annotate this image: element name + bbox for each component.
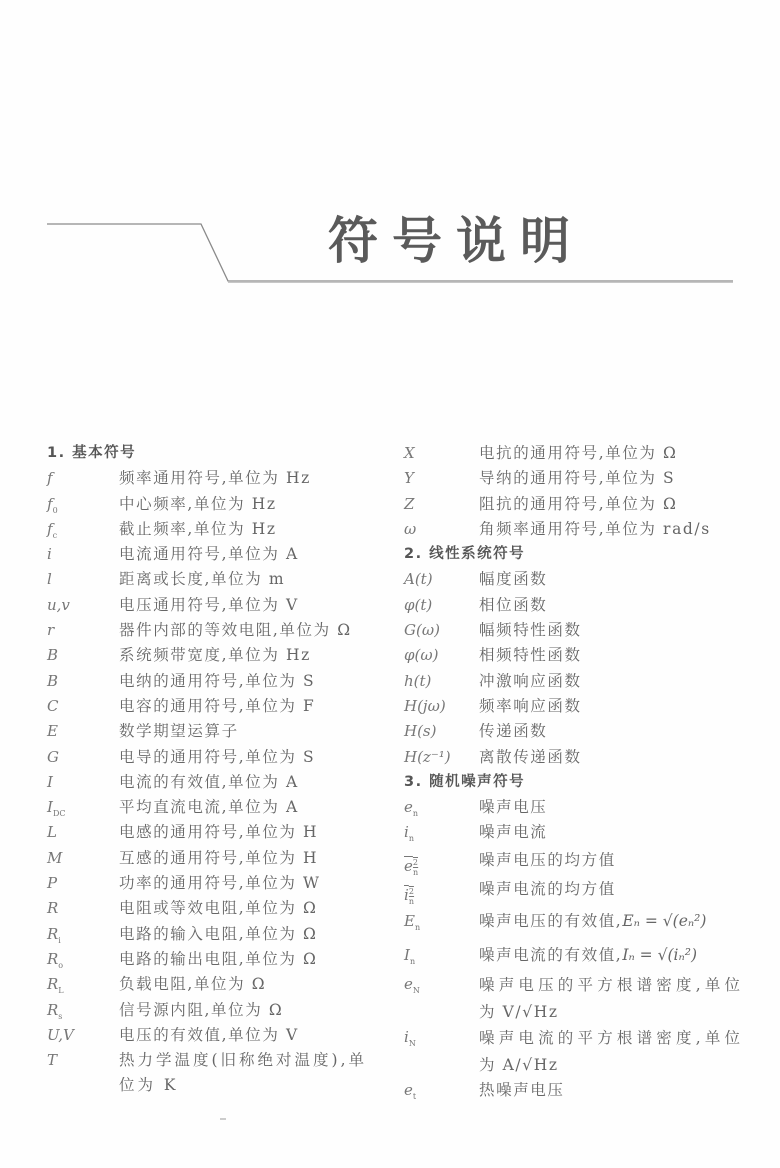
symbol-description: 电导的通用符号,单位为 S <box>119 745 389 770</box>
symbol: G <box>47 745 59 770</box>
symbol-row: H(jω) 频率响应函数 <box>404 694 744 719</box>
symbol-description: 冲激响应函数 <box>479 669 749 694</box>
symbol: φ(t) <box>404 593 432 618</box>
symbol-row: iN 噪声电流的平方根谱密度,单位 为 A/√Hz <box>404 1025 744 1078</box>
symbol-row: B 系统频带宽度,单位为 Hz <box>47 643 387 668</box>
symbol-row: RL 负载电阻,单位为 Ω <box>47 972 387 997</box>
symbol-description: 电阻或等效电阻,单位为 Ω <box>119 896 389 921</box>
symbol: et <box>404 1078 416 1109</box>
symbol-description: 阻抗的通用符号,单位为 Ω <box>479 492 749 517</box>
symbol-description: 导纳的通用符号,单位为 S <box>479 466 749 491</box>
symbol-row: f 频率通用符号,单位为 Hz <box>47 466 387 491</box>
symbol: l <box>47 567 52 592</box>
symbol-description: 热噪声电压 <box>479 1078 749 1103</box>
symbol-description: 噪声电流 <box>479 820 749 845</box>
symbol-row: f0 中心频率,单位为 Hz <box>47 492 387 517</box>
section-heading-linear-system-symbols: 2. 线性系统符号 <box>404 542 744 567</box>
symbol: eN <box>404 972 420 1003</box>
symbol-description: 相频特性函数 <box>479 643 749 668</box>
symbol-row: In 噪声电流的有效值,Iₙ = √(iₙ²) <box>404 938 744 972</box>
symbol-row: fc 截止频率,单位为 Hz <box>47 517 387 542</box>
symbol-description: 器件内部的等效电阻,单位为 Ω <box>119 618 389 643</box>
symbol: H(z⁻¹) <box>404 745 451 770</box>
symbol-row: Rs 信号源内阻,单位为 Ω <box>47 998 387 1023</box>
section-heading-random-noise-symbols: 3. 随机噪声符号 <box>404 770 744 795</box>
symbol-description: 相位函数 <box>479 593 749 618</box>
symbol-row: en 噪声电压 <box>404 795 744 820</box>
symbol: E <box>47 719 58 744</box>
symbol: φ(ω) <box>404 643 438 668</box>
symbol-description: 数学期望运算子 <box>119 719 389 744</box>
symbol-description: 距离或长度,单位为 m <box>119 567 389 592</box>
symbol-description: 噪声电压的有效值,Eₙ = √(eₙ²) <box>479 904 749 938</box>
symbol-description: 噪声电压 <box>479 795 749 820</box>
symbol-description: 频率响应函数 <box>479 694 749 719</box>
symbol-row: H(z⁻¹) 离散传递函数 <box>404 745 744 770</box>
symbol: A(t) <box>404 567 433 592</box>
symbol-row: φ(ω) 相频特性函数 <box>404 643 744 668</box>
symbol: X <box>404 441 415 466</box>
page-title: 符号说明 <box>328 208 584 274</box>
symbol-row: φ(t) 相位函数 <box>404 593 744 618</box>
symbol-description: 传递函数 <box>479 719 749 744</box>
symbol-description: 电感的通用符号,单位为 H <box>119 820 389 845</box>
symbol-row: G 电导的通用符号,单位为 S <box>47 745 387 770</box>
symbol-description: 电路的输入电阻,单位为 Ω <box>119 922 389 947</box>
symbol-description: 负载电阻,单位为 Ω <box>119 972 389 997</box>
symbol-description: 噪声电流的平方根谱密度,单位 为 A/√Hz <box>479 1025 749 1079</box>
symbol-row: Y 导纳的通用符号,单位为 S <box>404 466 744 491</box>
symbol: G(ω) <box>404 618 440 643</box>
symbol-description: 电压通用符号,单位为 V <box>119 593 389 618</box>
symbol: T <box>47 1048 57 1073</box>
symbol-description: 电压的有效值,单位为 V <box>119 1023 389 1048</box>
symbol-row: u,v 电压通用符号,单位为 V <box>47 593 387 618</box>
symbol-description: 电纳的通用符号,单位为 S <box>119 669 389 694</box>
symbol-description: 幅频特性函数 <box>479 618 749 643</box>
symbol-row: l 距离或长度,单位为 m <box>47 567 387 592</box>
symbol: L <box>47 820 57 845</box>
symbol-description: 互感的通用符号,单位为 H <box>119 846 389 871</box>
symbol-row: et 热噪声电压 <box>404 1078 744 1103</box>
symbol-row: Z 阻抗的通用符号,单位为 Ω <box>404 492 744 517</box>
symbol: ω <box>404 517 416 542</box>
symbol: H(jω) <box>404 694 446 719</box>
symbol-description: 噪声电压的均方值 <box>479 846 749 875</box>
symbol-row: i 电流通用符号,单位为 A <box>47 542 387 567</box>
symbol: I <box>47 770 53 795</box>
symbol-description: 电流通用符号,单位为 A <box>119 542 389 567</box>
symbol-row: G(ω) 幅频特性函数 <box>404 618 744 643</box>
symbol-row: in 噪声电流 <box>404 820 744 845</box>
symbol-description: 角频率通用符号,单位为 rad/s <box>479 517 749 542</box>
rms-formula: Iₙ = √(iₙ²) <box>622 946 697 964</box>
right-column: X 电抗的通用符号,单位为 Ω Y 导纳的通用符号,单位为 S Z 阻抗的通用符… <box>404 441 744 1103</box>
symbol-row: e2n 噪声电压的均方值 <box>404 846 744 875</box>
symbol-description: 电流的有效值,单位为 A <box>119 770 389 795</box>
symbol-description: 噪声电流的均方值 <box>479 875 749 904</box>
symbol: P <box>47 871 57 896</box>
symbol: Y <box>404 466 414 491</box>
section-heading-basic-symbols: 1. 基本符号 <box>47 441 387 466</box>
symbol-row: B 电纳的通用符号,单位为 S <box>47 669 387 694</box>
symbol-row: ω 角频率通用符号,单位为 rad/s <box>404 517 744 542</box>
symbol-description: 电路的输出电阻,单位为 Ω <box>119 947 389 972</box>
symbol-description: 幅度函数 <box>479 567 749 592</box>
symbol: U,V <box>47 1023 74 1048</box>
symbol-description: 功率的通用符号,单位为 W <box>119 871 389 896</box>
symbol-row: h(t) 冲激响应函数 <box>404 669 744 694</box>
symbol-row: eN 噪声电压的平方根谱密度,单位 为 V/√Hz <box>404 972 744 1025</box>
symbol-row: C 电容的通用符号,单位为 F <box>47 694 387 719</box>
symbol: C <box>47 694 58 719</box>
symbol-row: R 电阻或等效电阻,单位为 Ω <box>47 896 387 921</box>
symbol-description: 频率通用符号,单位为 Hz <box>119 466 389 491</box>
symbol-description: 信号源内阻,单位为 Ω <box>119 998 389 1023</box>
symbol-row: IDC 平均直流电流,单位为 A <box>47 795 387 820</box>
symbol-row: M 互感的通用符号,单位为 H <box>47 846 387 871</box>
symbol-row: En 噪声电压的有效值,Eₙ = √(eₙ²) <box>404 904 744 938</box>
left-column: 1. 基本符号 f 频率通用符号,单位为 Hz f0 中心频率,单位为 Hz f… <box>47 441 387 1099</box>
rms-formula: Eₙ = √(eₙ²) <box>622 912 706 930</box>
scan-smudge <box>220 1118 226 1120</box>
symbol-row: E 数学期望运算子 <box>47 719 387 744</box>
symbol-description: 电容的通用符号,单位为 F <box>119 694 389 719</box>
symbol-row: H(s) 传递函数 <box>404 719 744 744</box>
symbol: H(s) <box>404 719 436 744</box>
symbol: f <box>47 466 53 491</box>
symbol-description: 噪声电压的平方根谱密度,单位 为 V/√Hz <box>479 972 749 1026</box>
symbol-row: Ri 电路的输入电阻,单位为 Ω <box>47 922 387 947</box>
symbol-description: 截止频率,单位为 Hz <box>119 517 389 542</box>
symbol-row: I 电流的有效值,单位为 A <box>47 770 387 795</box>
symbol-row: P 功率的通用符号,单位为 W <box>47 871 387 896</box>
symbol: B <box>47 643 58 668</box>
symbol: r <box>47 618 54 643</box>
symbol-row: L 电感的通用符号,单位为 H <box>47 820 387 845</box>
symbol: B <box>47 669 58 694</box>
symbol-row: Ro 电路的输出电阻,单位为 Ω <box>47 947 387 972</box>
symbol: u,v <box>47 593 70 618</box>
symbol: iN <box>404 1025 416 1056</box>
symbol: i <box>47 542 52 567</box>
symbol-row: U,V 电压的有效值,单位为 V <box>47 1023 387 1048</box>
symbol-description: 平均直流电流,单位为 A <box>119 795 389 820</box>
symbol-description: 中心频率,单位为 Hz <box>119 492 389 517</box>
symbol: Z <box>404 492 414 517</box>
symbol-row: i2n 噪声电流的均方值 <box>404 875 744 904</box>
symbol-description: 电抗的通用符号,单位为 Ω <box>479 441 749 466</box>
symbol: M <box>47 846 62 871</box>
symbol-row: X 电抗的通用符号,单位为 Ω <box>404 441 744 466</box>
symbol-row: T 热力学温度(旧称绝对温度),单位为 K <box>47 1048 387 1099</box>
symbol: R <box>47 896 58 921</box>
symbol-row: r 器件内部的等效电阻,单位为 Ω <box>47 618 387 643</box>
symbol-row: A(t) 幅度函数 <box>404 567 744 592</box>
symbol: h(t) <box>404 669 431 694</box>
symbol-description: 系统频带宽度,单位为 Hz <box>119 643 389 668</box>
symbol-description: 离散传递函数 <box>479 745 749 770</box>
symbol-description: 热力学温度(旧称绝对温度),单位为 K <box>119 1048 381 1099</box>
symbol-description: 噪声电流的有效值,Iₙ = √(iₙ²) <box>479 938 749 972</box>
